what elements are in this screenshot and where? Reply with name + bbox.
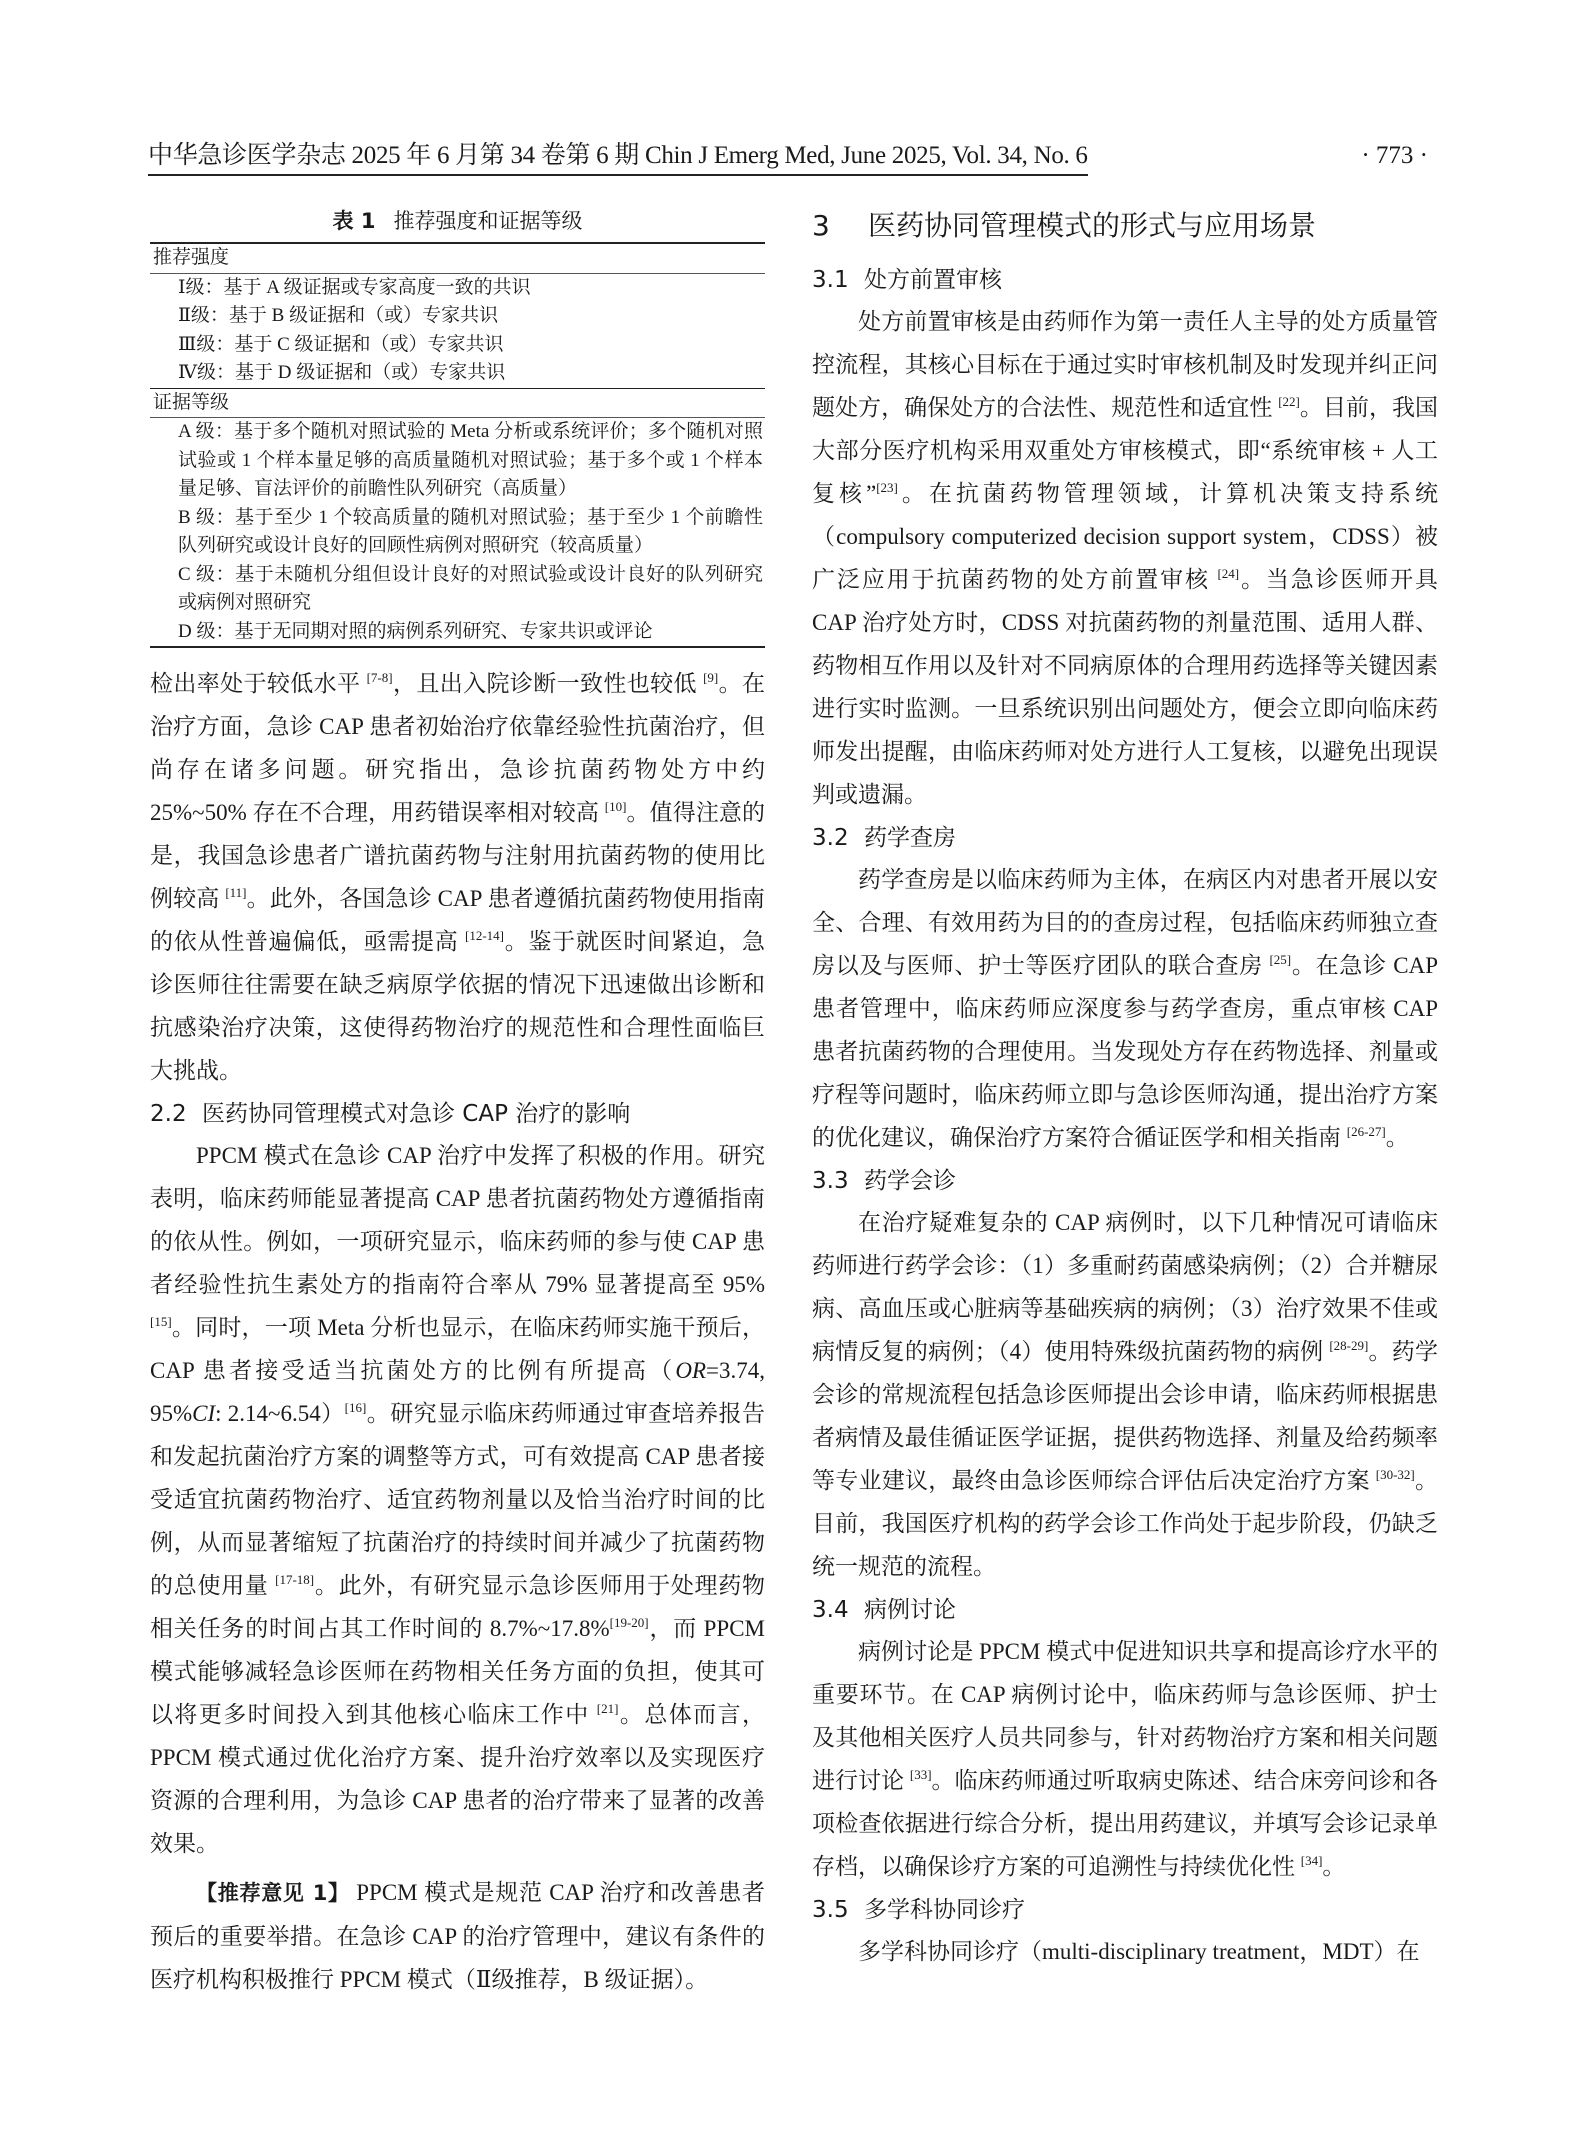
citation[interactable]: [17-18] [275,1572,314,1587]
paragraph: 药学查房是以临床药师为主体，在病区内对患者开展以安全、合理、有效用药为目的的查房… [812,858,1438,1159]
citation[interactable]: [11] [225,885,246,900]
journal-citation: 中华急诊医学杂志 2025 年 6 月第 34 卷第 6 期 Chin J Em… [148,140,1088,176]
table-group-heading: 推荐强度 [150,244,765,273]
citation[interactable]: [22] [1278,394,1300,409]
table-caption: 表 1推荐强度和证据等级 [150,206,765,236]
section-heading-3-2: 3.2药学查房 [812,818,1438,858]
left-column: 表 1推荐强度和证据等级 推荐强度 Ⅰ级：基于 A 级证据或专家高度一致的共识 … [150,200,765,2001]
table-label: 表 1 [333,209,376,233]
paragraph: 病例讨论是 PPCM 模式中促进知识共享和提高诊疗水平的重要环节。在 CAP 病… [812,1630,1438,1888]
section-heading-3: 3医药协同管理模式的形式与应用场景 [812,206,1438,246]
citation[interactable]: [23] [876,480,898,495]
section-heading-2-2: 2.2医药协同管理模式对急诊 CAP 治疗的影响 [150,1094,765,1134]
section-heading-3-3: 3.3药学会诊 [812,1161,1438,1201]
citation[interactable]: [19-20] [610,1615,649,1630]
table-row: Ⅲ级：基于 C 级证据和（或）专家共识 [150,331,765,360]
page-header: 中华急诊医学杂志 2025 年 6 月第 34 卷第 6 期 Chin J Em… [148,140,1438,176]
citation[interactable]: [12-14] [465,928,504,943]
citation[interactable]: [7-8] [367,670,393,685]
citation[interactable]: [28-29] [1329,1338,1368,1353]
table-row: Ⅰ级：基于 A 级证据或专家高度一致的共识 [150,274,765,303]
citation[interactable]: [24] [1217,566,1239,581]
citation[interactable]: [26-27] [1347,1124,1386,1139]
section-heading-3-4: 3.4病例讨论 [812,1590,1438,1630]
table-group-heading: 证据等级 [150,389,765,418]
citation[interactable]: [21] [597,1701,619,1716]
right-column: 3医药协同管理模式的形式与应用场景 3.1处方前置审核 处方前置审核是由药师作为… [812,200,1438,1973]
table-row: C 级：基于未随机分组但设计良好的对照试验或设计良好的队列研究或病例对照研究 [150,561,765,618]
citation[interactable]: [9] [703,670,718,685]
recommendation-label: 【推荐意见 1】 [196,1881,350,1905]
citation[interactable]: [16] [345,1400,367,1415]
citation[interactable]: [34] [1301,1853,1323,1868]
citation[interactable]: [33] [910,1767,932,1782]
table-row: D 级：基于无同期对照的病例系列研究、专家共识或评论 [150,618,765,647]
paragraph: 多学科协同诊疗（multi-disciplinary treatment，MDT… [812,1930,1438,1973]
paragraph: 处方前置审核是由药师作为第一责任人主导的处方质量管控流程，其核心目标在于通过实时… [812,300,1438,816]
paragraph: 在治疗疑难复杂的 CAP 病例时，以下几种情况可请临床药师进行药学会诊：（1）多… [812,1201,1438,1588]
paragraph: PPCM 模式在急诊 CAP 治疗中发挥了积极的作用。研究表明，临床药师能显著提… [150,1134,765,1865]
table-row: Ⅳ级：基于 D 级证据和（或）专家共识 [150,359,765,388]
recommendation-1: 【推荐意见 1】 PPCM 模式是规范 CAP 治疗和改善患者预后的重要举措。在… [150,1871,765,2001]
section-heading-3-5: 3.5多学科协同诊疗 [812,1890,1438,1930]
table-row: Ⅱ级：基于 B 级证据和（或）专家共识 [150,302,765,331]
citation[interactable]: [15] [150,1314,172,1329]
table-row: A 级：基于多个随机对照试验的 Meta 分析或系统评价；多个随机对照试验或 1… [150,418,765,504]
paragraph: 检出率处于较低水平 [7-8]，且出入院诊断一致性也较低 [9]。在治疗方面，急… [150,662,765,1092]
citation[interactable]: [10] [605,799,627,814]
table-row: B 级：基于至少 1 个较高质量的随机对照试验；基于至少 1 个前瞻性队列研究或… [150,504,765,561]
section-heading-3-1: 3.1处方前置审核 [812,260,1438,300]
table-1: 表 1推荐强度和证据等级 推荐强度 Ⅰ级：基于 A 级证据或专家高度一致的共识 … [150,206,765,648]
table-title: 推荐强度和证据等级 [393,209,582,233]
citation[interactable]: [25] [1269,952,1291,967]
page-number: · 773 · [1361,140,1428,172]
citation[interactable]: [30-32] [1376,1467,1415,1482]
